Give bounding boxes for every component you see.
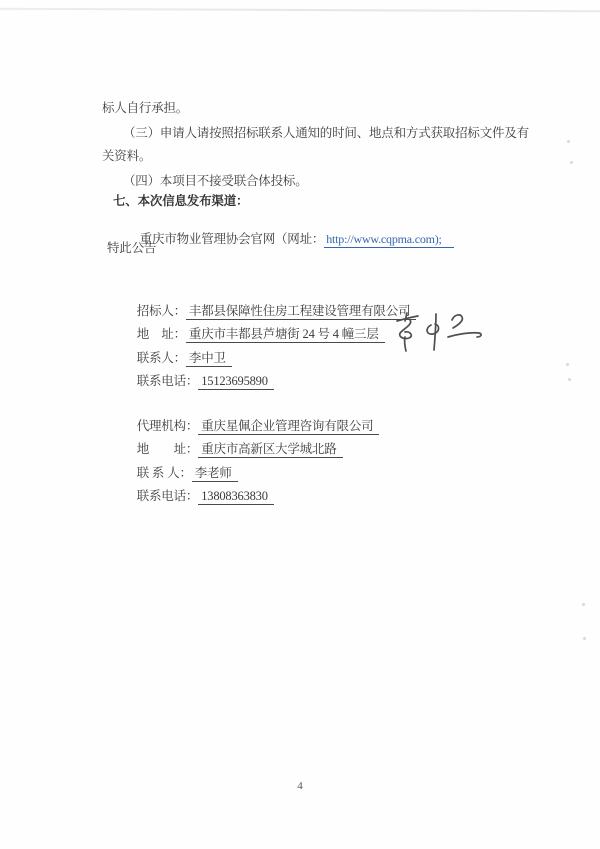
channel-url-link[interactable]: http://www.cqpma.com); <box>324 232 453 248</box>
paragraph-tail: 标人自行承担。 <box>102 101 188 116</box>
scanned-document-page: 标人自行承担。 （三）申请人请按照招标联系人通知的时间、地点和方式获取招标文件及… <box>0 0 600 849</box>
channel-prefix-text: 重庆市物业管理协会官网（网址： <box>140 232 325 246</box>
handwritten-signature <box>392 306 484 360</box>
item4-paragraph: （四）本项目不接受联合体投标。 <box>123 174 308 189</box>
scan-speck <box>582 603 585 606</box>
agency-phone: 13808363830 <box>198 489 274 505</box>
page-number: 4 <box>0 780 600 792</box>
publish-channel-line: 重庆市物业管理协会官网（网址：http://www.cqpma.com); <box>128 217 454 262</box>
scan-edge-artifact <box>0 8 600 13</box>
tenderer-phone-line: 联系电话：15123695890 <box>125 359 274 404</box>
agency-phone-label: 联系电话： <box>137 489 199 503</box>
scan-speck <box>567 140 570 143</box>
scan-speck <box>583 637 586 640</box>
scan-speck <box>568 378 571 381</box>
section7-heading: 七、本次信息发布渠道： <box>113 194 248 209</box>
announcement-text: 特此公告 <box>107 241 156 256</box>
item3-line1: （三）申请人请按照招标联系人通知的时间、地点和方式获取招标文件及有 <box>123 126 529 141</box>
scan-speck <box>566 363 569 366</box>
tenderer-phone-label: 联系电话： <box>137 374 199 388</box>
tenderer-phone: 15123695890 <box>198 374 274 390</box>
agency-phone-line: 联系电话：13808363830 <box>125 474 274 519</box>
item3-line2: 关资料。 <box>102 149 151 164</box>
scan-speck <box>570 161 573 164</box>
